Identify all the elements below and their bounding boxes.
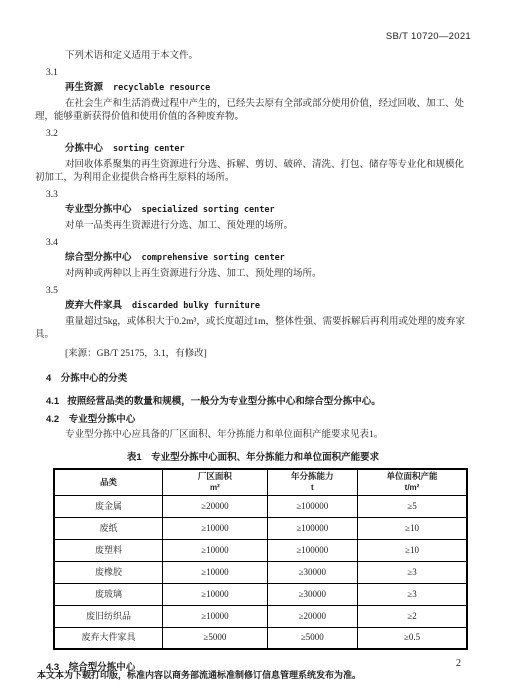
table-cell: ≥10 xyxy=(358,539,467,561)
table-cell: 废塑料 xyxy=(54,539,163,561)
term-section-3-3: 3.3 专业型分拣中心specialized sorting center 对单… xyxy=(35,189,471,233)
table-cell: ≥100000 xyxy=(267,495,357,517)
term-definition: 对两种或两种以上再生资源进行分选、加工、预处理的场所。 xyxy=(35,268,471,281)
table-cell: ≥10000 xyxy=(163,605,267,627)
table-cell: ≥3 xyxy=(358,561,467,583)
table-cell: 废金属 xyxy=(54,495,163,517)
term-section-3-2: 3.2 分拣中心sorting center 对回收体系聚集的再生资源进行分选、… xyxy=(35,128,471,185)
term-title: 综合型分拣中心comprehensive sorting center xyxy=(65,252,471,265)
section-4-heading: 4 分拣中心的分类 xyxy=(46,372,471,385)
term-title: 再生资源recyclable resource xyxy=(65,82,471,95)
term-definition: 在社会生产和生活消费过程中产生的，已经失去原有全部或部分使用价值，经过回收、加工… xyxy=(35,98,471,124)
table-header-category: 品类 xyxy=(54,469,163,495)
doc-number: SB/T 10720—2021 xyxy=(35,30,471,43)
term-number: 3.4 xyxy=(46,237,471,250)
table-cell: ≥10000 xyxy=(163,517,267,539)
table-cell: ≥2 xyxy=(358,605,467,627)
term-title-en: discarded bulky furniture xyxy=(132,301,260,311)
table-row: 废塑料 ≥10000 ≥100000 ≥10 xyxy=(54,539,467,561)
term-definition: 重量超过5kg，或体积大于0.2m³，或长度超过1m，整体性强、需要拆解后再利用… xyxy=(35,316,471,342)
table-cell: ≥5000 xyxy=(267,627,357,649)
table-cell: ≥3 xyxy=(358,583,467,605)
clause-4-2-text: 专业型分拣中心应具备的厂区面积、年分拣能力和单位面积产能要求见表1。 xyxy=(35,429,471,442)
page-number: 2 xyxy=(456,657,461,670)
unit-label: t xyxy=(268,482,357,493)
table-row: 废纸 ≥10000 ≥100000 ≥10 xyxy=(54,517,467,539)
spec-table: 品类 厂区面积 m² 年分拣能力 t 单位面积产能 t/m² xyxy=(53,468,468,650)
table-cell: ≥10000 xyxy=(163,539,267,561)
table-header-area: 厂区面积 m² xyxy=(163,469,267,495)
term-definition: 对单一品类再生资源进行分选、加工、预处理的场所。 xyxy=(35,220,471,233)
table-header-row: 品类 厂区面积 m² 年分拣能力 t 单位面积产能 t/m² xyxy=(54,469,467,495)
table1-title: 表1 专业型分拣中心面积、年分拣能力和单位面积产能要求 xyxy=(35,451,471,464)
clause-4-1: 4.1按照经营品类的数量和规模，一般分为专业型分拣中心和综合型分拣中心。 xyxy=(46,395,471,408)
term-source-note: [来源：GB/T 25175，3.1，有修改] xyxy=(65,348,471,361)
term-number: 3.1 xyxy=(46,67,471,80)
unit-label: m² xyxy=(163,482,266,493)
table-cell: ≥20000 xyxy=(267,605,357,627)
table-row: 废旧纺织品 ≥10000 ≥20000 ≥2 xyxy=(54,605,467,627)
term-title-zh: 废弃大件家具 xyxy=(65,301,122,311)
term-section-3-5: 3.5 废弃大件家具discarded bulky furniture 重量超过… xyxy=(35,285,471,361)
document-page: SB/T 10720—2021 下列术语和定义适用于本文件。 3.1 再生资源r… xyxy=(0,0,509,697)
term-title-zh: 再生资源 xyxy=(65,83,103,93)
term-title: 废弃大件家具discarded bulky furniture xyxy=(65,300,471,313)
term-title-zh: 综合型分拣中心 xyxy=(65,253,132,263)
clause-4-2-heading: 4.2 专业型分拣中心 xyxy=(46,413,471,426)
intro-paragraph: 下列术语和定义适用于本文件。 xyxy=(35,50,471,63)
table-row: 废橡胶 ≥10000 ≥30000 ≥3 xyxy=(54,561,467,583)
term-section-3-4: 3.4 综合型分拣中心comprehensive sorting center … xyxy=(35,237,471,281)
table-cell: ≥100000 xyxy=(267,517,357,539)
term-number: 3.5 xyxy=(46,285,471,298)
table-row: 废金属 ≥20000 ≥100000 ≥5 xyxy=(54,495,467,517)
table-cell: 废橡胶 xyxy=(54,561,163,583)
table-row: 废弃大件家具 ≥5000 ≥5000 ≥0.5 xyxy=(54,627,467,649)
term-title-en: comprehensive sorting center xyxy=(142,253,285,263)
table-cell: ≥5000 xyxy=(163,627,267,649)
term-number: 3.2 xyxy=(46,128,471,141)
clause-4-1-text: 按照经营品类的数量和规模，一般分为专业型分拣中心和综合型分拣中心。 xyxy=(67,396,381,407)
term-title-zh: 专业型分拣中心 xyxy=(65,205,132,215)
term-section-3-1: 3.1 再生资源recyclable resource 在社会生产和生活消费过程… xyxy=(35,67,471,124)
clause-4-1-number: 4.1 xyxy=(46,396,59,407)
table-cell: ≥10000 xyxy=(163,583,267,605)
page-content: SB/T 10720—2021 下列术语和定义适用于本文件。 3.1 再生资源r… xyxy=(35,30,471,674)
term-title-en: recyclable resource xyxy=(113,83,210,93)
table-cell: ≥0.5 xyxy=(358,627,467,649)
term-number: 3.3 xyxy=(46,189,471,202)
footer-note: 本文本为下载打印版，标准内容以商务部流通标准制修订信息管理系统发布为准。 xyxy=(37,669,361,682)
table-cell: ≥100000 xyxy=(267,539,357,561)
table-cell: ≥20000 xyxy=(163,495,267,517)
term-title-en: sorting center xyxy=(113,144,185,154)
table-cell: 废弃大件家具 xyxy=(54,627,163,649)
table-row: 废玻璃 ≥10000 ≥30000 ≥3 xyxy=(54,583,467,605)
table-cell: 废玻璃 xyxy=(54,583,163,605)
term-title: 分拣中心sorting center xyxy=(65,143,471,156)
table-header-capacity: 年分拣能力 t xyxy=(267,469,357,495)
term-title: 专业型分拣中心specialized sorting center xyxy=(65,204,471,217)
term-title-en: specialized sorting center xyxy=(142,205,275,215)
table-cell: ≥30000 xyxy=(267,583,357,605)
unit-label: t/m² xyxy=(358,482,466,493)
table-cell: 废旧纺织品 xyxy=(54,605,163,627)
table-cell: ≥30000 xyxy=(267,561,357,583)
term-title-zh: 分拣中心 xyxy=(65,144,103,154)
term-definition: 对回收体系聚集的再生资源进行分选、拆解、剪切、破碎、清洗、打包、储存等专业化和规… xyxy=(35,159,471,185)
table-header-unit-capacity: 单位面积产能 t/m² xyxy=(358,469,467,495)
table-cell: 废纸 xyxy=(54,517,163,539)
table-cell: ≥10 xyxy=(358,517,467,539)
table-cell: ≥5 xyxy=(358,495,467,517)
table-cell: ≥10000 xyxy=(163,561,267,583)
